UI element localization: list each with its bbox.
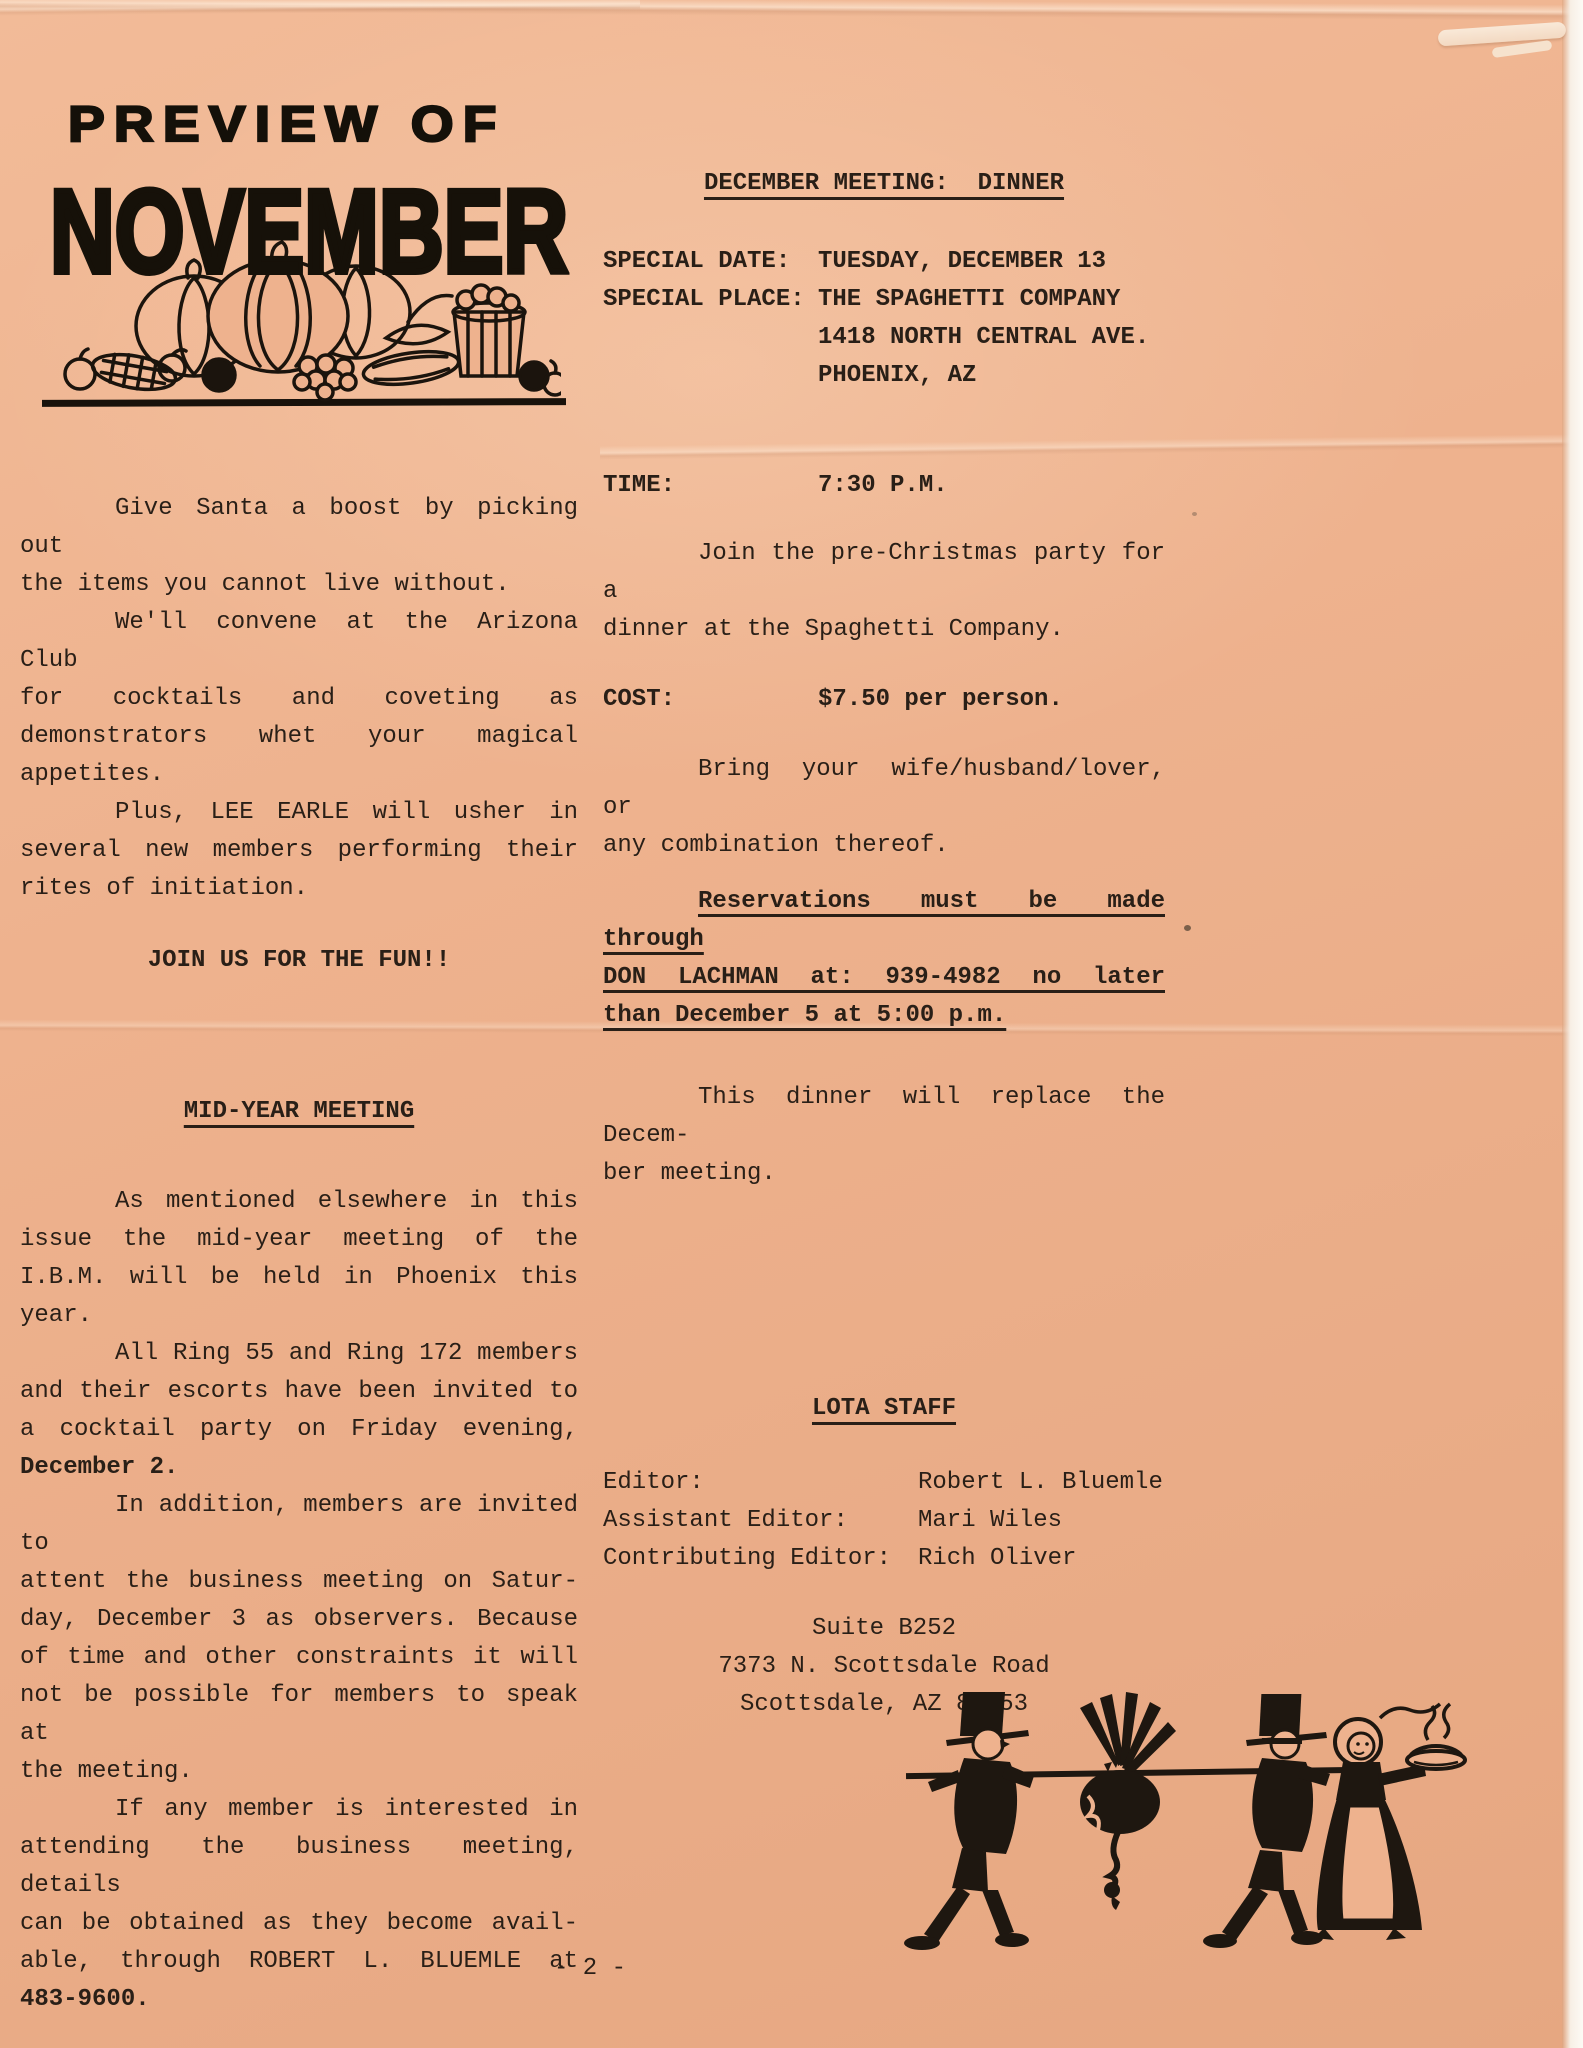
text-line: the items you cannot live without.: [20, 566, 578, 604]
staff-row: Editor: Robert L. Bluemle: [603, 1464, 1165, 1502]
staff-role: Contributing Editor:: [603, 1540, 918, 1578]
lota-staff-section: LOTA STAFF Editor: Robert L. Bluemle Ass…: [603, 1390, 1165, 1724]
text-line: appetites.: [20, 756, 578, 794]
text-line: issue the mid-year meeting of the: [20, 1221, 578, 1259]
staff-name: Mari Wiles: [918, 1502, 1062, 1540]
text-line: Plus, LEE EARLE will usher in: [20, 794, 578, 832]
text-line: dinner at the Spaghetti Company.: [603, 611, 1165, 649]
meeting-info-row: TIME: 7:30 P.M.: [603, 467, 1165, 505]
text-line: As mentioned elsewhere in this: [20, 1183, 578, 1221]
masthead-line2: NOVEMBER: [50, 164, 568, 300]
row-label: SPECIAL PLACE:: [603, 281, 818, 395]
staff-name: Rich Oliver: [918, 1540, 1076, 1578]
text-line: of time and other constraints it will: [20, 1639, 578, 1677]
text-line: Bring your wife/husband/lover, or: [603, 751, 1165, 827]
text-line: December 2.: [20, 1449, 578, 1487]
text-line: If any member is interested in: [20, 1791, 578, 1829]
row-value: $7.50 per person.: [818, 681, 1063, 719]
text-line: rites of initiation.: [20, 870, 578, 908]
text-line: can be obtained as they become avail-: [20, 1905, 578, 1943]
bring-paragraph: Bring your wife/husband/lover, orany com…: [603, 751, 1165, 865]
row-label: COST:: [603, 681, 818, 719]
meeting-info-row: SPECIAL PLACE: THE SPAGHETTI COMPANY 141…: [603, 281, 1165, 395]
text-line: any combination thereof.: [603, 827, 1165, 865]
text-line: ber meeting.: [603, 1155, 1165, 1193]
staple-scuff-mark: [1492, 40, 1553, 58]
ink-speck: [1184, 925, 1191, 931]
december-meeting-section: DECEMBER MEETING: DINNER SPECIAL DATE: T…: [603, 165, 1165, 1193]
midyear-meeting-heading: MID-YEAR MEETING: [20, 1093, 578, 1131]
ink-speck: [1192, 512, 1197, 516]
reservations-note: Reservations must be made throughDON LAC…: [603, 883, 1165, 1035]
text-line: Join the pre-Christmas party for a: [603, 535, 1165, 611]
cost-row: COST: $7.50 per person.: [603, 681, 1165, 719]
intro-paragraph: Plus, LEE EARLE will usher inseveral new…: [20, 794, 578, 908]
text-line: several new members performing their: [20, 832, 578, 870]
newsletter-page: PREVIEW OF NOVEMBER: [0, 0, 1583, 2048]
staff-row: Assistant Editor: Mari Wiles: [603, 1502, 1165, 1540]
party-paragraph: Join the pre-Christmas party for adinner…: [603, 535, 1165, 649]
intro-paragraph: Give Santa a boost by picking outthe ite…: [20, 490, 578, 604]
midyear-meeting-section: MID-YEAR MEETING As mentioned elsewhere …: [20, 1093, 578, 2019]
text-line: Suite B252: [603, 1610, 1165, 1648]
staff-name: Robert L. Bluemle: [918, 1464, 1163, 1502]
midyear-paragraph: As mentioned elsewhere in thisissue the …: [20, 1183, 578, 1335]
text-line: All Ring 55 and Ring 172 members: [20, 1335, 578, 1373]
meeting-info-rows: SPECIAL DATE: TUESDAY, DECEMBER 13 SPECI…: [603, 243, 1165, 505]
staff-role: Editor:: [603, 1464, 918, 1502]
text-line: demonstrators whet your magical: [20, 718, 578, 756]
staff-rows: Editor: Robert L. Bluemle Assistant Edit…: [603, 1464, 1165, 1578]
text-line: and their escorts have been invited to: [20, 1373, 578, 1411]
text-line: DON LACHMAN at: 939-4982 no later: [603, 959, 1165, 997]
replacement-note: This dinner will replace the Decem-ber m…: [603, 1079, 1165, 1193]
text-line: year.: [20, 1297, 578, 1335]
text-line: a cocktail party on Friday evening,: [20, 1411, 578, 1449]
page-number: - 2 -: [420, 1950, 760, 1988]
text-line: for cocktails and coveting as: [20, 680, 578, 718]
text-line: attent the business meeting on Satur-: [20, 1563, 578, 1601]
lota-staff-heading: LOTA STAFF: [603, 1390, 1165, 1428]
staff-role: Assistant Editor:: [603, 1502, 918, 1540]
paper-crease: [0, 0, 640, 16]
staff-row: Contributing Editor: Rich Oliver: [603, 1540, 1165, 1578]
pilgrims-turkey-pie-icon: [888, 1678, 1468, 1978]
text-line: We'll convene at the Arizona Club: [20, 604, 578, 680]
row-value: THE SPAGHETTI COMPANY 1418 NORTH CENTRAL…: [818, 281, 1149, 395]
text-line: Reservations must be made through: [603, 883, 1165, 959]
text-line: I.B.M. will be held in Phoenix this: [20, 1259, 578, 1297]
midyear-paragraph: In addition, members are invited toatten…: [20, 1487, 578, 1791]
intro-section: Give Santa a boost by picking outthe ite…: [20, 490, 578, 980]
row-label: SPECIAL DATE:: [603, 243, 818, 281]
scan-edge: [1562, 0, 1583, 2048]
row-value: 7:30 P.M.: [818, 467, 948, 505]
december-meeting-heading: DECEMBER MEETING: DINNER: [603, 165, 1165, 203]
join-us-line: JOIN US FOR THE FUN!!: [20, 942, 578, 980]
row-label: TIME:: [603, 467, 818, 505]
text-line: the meeting.: [20, 1753, 578, 1791]
text-line: than December 5 at 5:00 p.m.: [603, 997, 1165, 1035]
text-line: day, December 3 as observers. Because: [20, 1601, 578, 1639]
text-line: This dinner will replace the Decem-: [603, 1079, 1165, 1155]
text-line: not be possible for members to speak at: [20, 1677, 578, 1753]
row-value: TUESDAY, DECEMBER 13: [818, 243, 1106, 281]
intro-paragraph: We'll convene at the Arizona Clubfor coc…: [20, 604, 578, 794]
meeting-info-row: SPECIAL DATE: TUESDAY, DECEMBER 13: [603, 243, 1165, 281]
midyear-paragraph: All Ring 55 and Ring 172 membersand thei…: [20, 1335, 578, 1487]
masthead-line1: PREVIEW OF: [68, 96, 506, 153]
text-line: In addition, members are invited to: [20, 1487, 578, 1563]
text-line: attending the business meeting, details: [20, 1829, 578, 1905]
paper-crease: [0, 0, 1583, 21]
text-line: Give Santa a boost by picking out: [20, 490, 578, 566]
